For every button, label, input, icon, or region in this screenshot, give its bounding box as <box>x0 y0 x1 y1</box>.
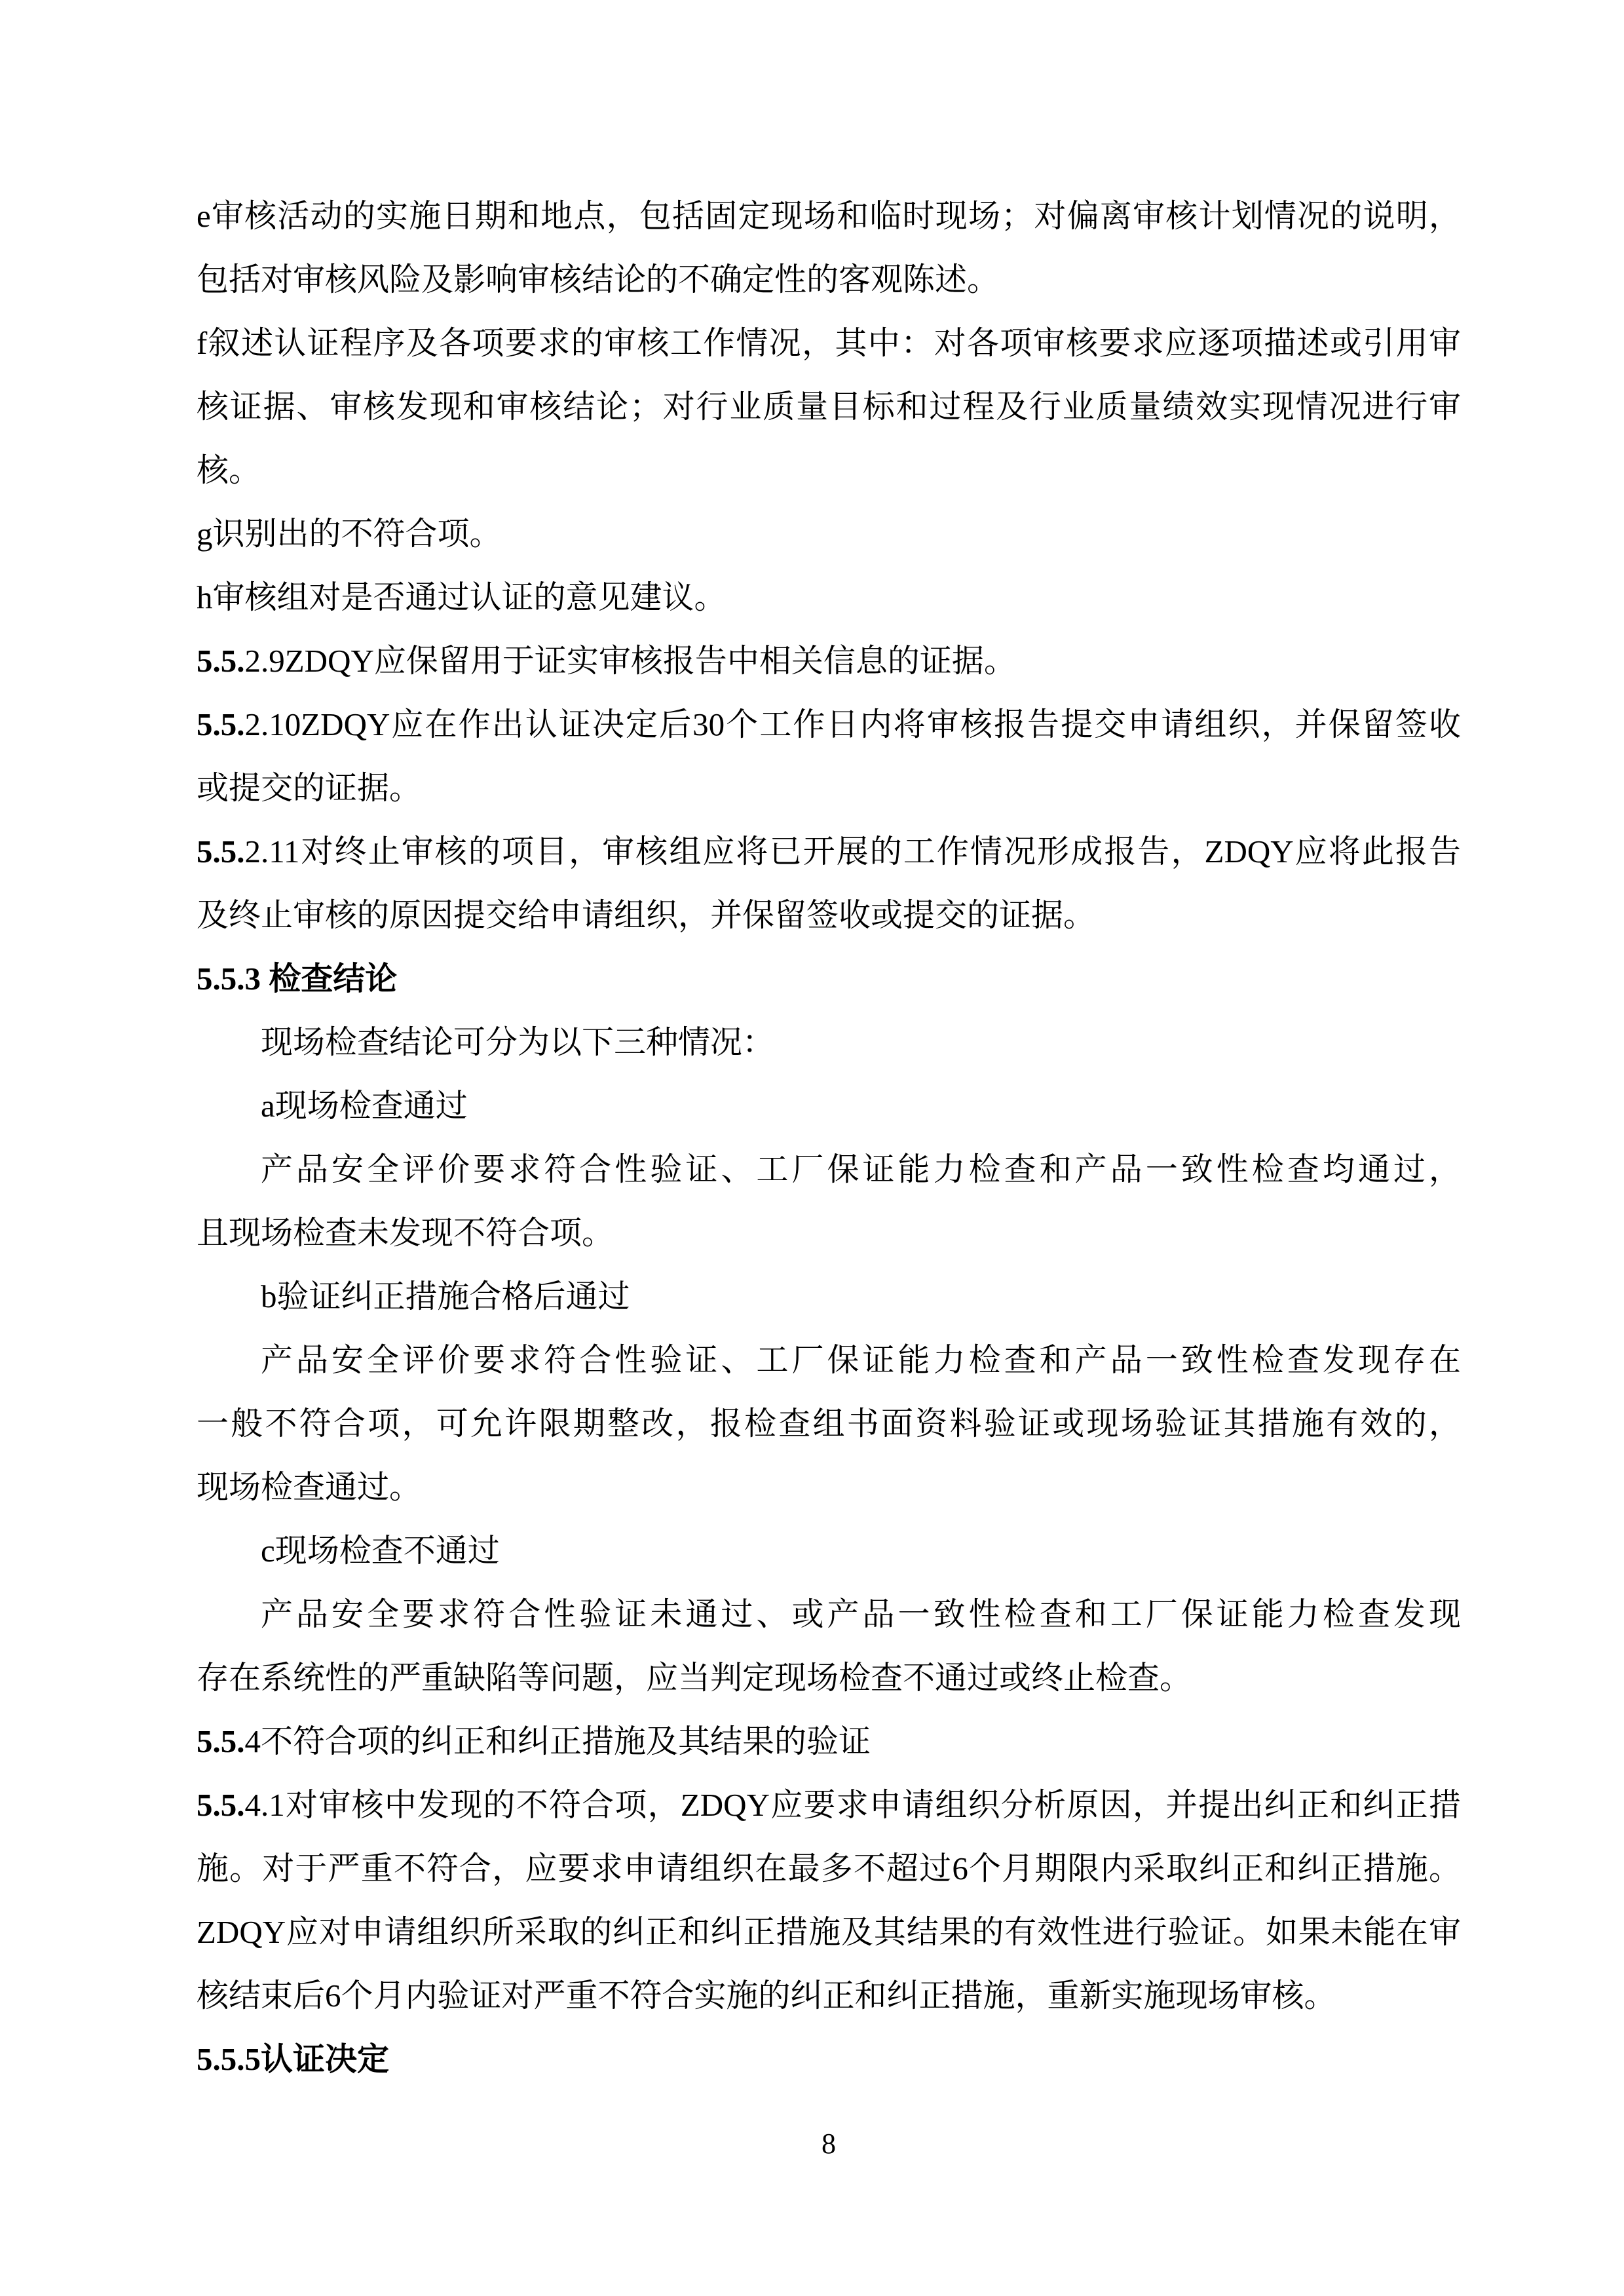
text-segment: 2.10ZDQY应在作出认证决定后30个工作日内将审核报告提交申请组织，并保留签… <box>245 706 1462 742</box>
bold-text-segment: 5.5. <box>197 833 245 870</box>
text-line: 核证据、审核发现和审核结论；对行业质量目标和过程及行业质量绩效实现情况进行审 <box>197 375 1461 438</box>
text-line: 5.5.2.10ZDQY应在作出认证决定后30个工作日内将审核报告提交申请组织，… <box>197 693 1461 756</box>
text-segment: f叙述认证程序及各项要求的审核工作情况，其中：对各项审核要求应逐项描述或引用审 <box>197 325 1461 361</box>
document-body: e审核活动的实施日期和地点，包括固定现场和临时现场；对偏离审核计划情况的说明，包… <box>197 184 1461 2091</box>
text-segment: a现场检查通过 <box>261 1088 468 1124</box>
text-segment: 施。对于严重不符合，应要求申请组织在最多不超过6个月期限内采取纠正和纠正措施。 <box>197 1850 1461 1886</box>
text-segment: 及终止审核的原因提交给申请组织，并保留签收或提交的证据。 <box>197 897 1095 933</box>
text-line: c现场检查不通过 <box>197 1519 1461 1582</box>
text-line: a现场检查通过 <box>197 1074 1461 1138</box>
text-segment: 4不符合项的纠正和纠正措施及其结果的验证 <box>245 1723 871 1759</box>
text-segment: 核结束后6个月内验证对严重不符合实施的纠正和纠正措施，重新实施现场审核。 <box>197 1978 1336 2014</box>
text-segment: 包括对审核风险及影响审核结论的不确定性的客观陈述。 <box>197 261 999 297</box>
text-segment: h审核组对是否通过认证的意见建议。 <box>197 579 727 615</box>
text-line: 一般不符合项，可允许限期整改，报检查组书面资料验证或现场验证其措施有效的， <box>197 1392 1461 1455</box>
text-segment: 2.11对终止审核的项目，审核组应将已开展的工作情况形成报告，ZDQY应将此报告 <box>245 833 1462 870</box>
bold-text-segment: 5.5.5认证决定 <box>197 2041 389 2077</box>
text-line: 且现场检查未发现不符合项。 <box>197 1201 1461 1265</box>
text-line: 产品安全评价要求符合性验证、工厂保证能力检查和产品一致性检查均通过， <box>197 1138 1461 1201</box>
text-segment: ZDQY应对申请组织所采取的纠正和纠正措施及其结果的有效性进行验证。如果未能在审 <box>197 1914 1461 1950</box>
bold-text-segment: 5.5. <box>197 1723 245 1759</box>
text-segment: 2.9ZDQY应保留用于证实审核报告中相关信息的证据。 <box>245 643 1016 679</box>
text-line: 现场检查结论可分为以下三种情况： <box>197 1010 1461 1074</box>
text-line: 或提交的证据。 <box>197 756 1461 820</box>
text-segment: 核证据、审核发现和审核结论；对行业质量目标和过程及行业质量绩效实现情况进行审 <box>197 389 1461 425</box>
text-segment: 现场检查通过。 <box>197 1469 421 1505</box>
text-line: 包括对审核风险及影响审核结论的不确定性的客观陈述。 <box>197 248 1461 311</box>
text-segment: 或提交的证据。 <box>197 770 421 806</box>
text-line: h审核组对是否通过认证的意见建议。 <box>197 565 1461 629</box>
text-segment: b验证纠正措施合格后通过 <box>261 1278 630 1314</box>
text-segment: e审核活动的实施日期和地点，包括固定现场和临时现场；对偏离审核计划情况的说明， <box>197 198 1461 234</box>
text-line: e审核活动的实施日期和地点，包括固定现场和临时现场；对偏离审核计划情况的说明， <box>197 184 1461 248</box>
text-segment: 产品安全评价要求符合性验证、工厂保证能力检查和产品一致性检查均通过， <box>261 1151 1461 1187</box>
text-line: 存在系统性的严重缺陷等问题，应当判定现场检查不通过或终止检查。 <box>197 1646 1461 1710</box>
text-segment: 4.1对审核中发现的不符合项，ZDQY应要求申请组织分析原因，并提出纠正和纠正措 <box>245 1787 1462 1823</box>
text-line: 5.5.4.1对审核中发现的不符合项，ZDQY应要求申请组织分析原因，并提出纠正… <box>197 1773 1461 1837</box>
text-line: 5.5.2.9ZDQY应保留用于证实审核报告中相关信息的证据。 <box>197 629 1461 693</box>
text-line: 及终止审核的原因提交给申请组织，并保留签收或提交的证据。 <box>197 883 1461 947</box>
text-segment: 产品安全要求符合性验证未通过、或产品一致性检查和工厂保证能力检查发现 <box>261 1596 1461 1632</box>
bold-text-segment: 5.5.3 检查结论 <box>197 961 397 997</box>
text-line: 核。 <box>197 438 1461 502</box>
text-line: 5.5.2.11对终止审核的项目，审核组应将已开展的工作情况形成报告，ZDQY应… <box>197 820 1461 883</box>
text-line: 核结束后6个月内验证对严重不符合实施的纠正和纠正措施，重新实施现场审核。 <box>197 1964 1461 2027</box>
text-segment: 核。 <box>197 452 261 488</box>
text-line: ZDQY应对申请组织所采取的纠正和纠正措施及其结果的有效性进行验证。如果未能在审 <box>197 1900 1461 1964</box>
bold-text-segment: 5.5. <box>197 1787 245 1823</box>
bold-text-segment: 5.5. <box>197 643 245 679</box>
text-line: 施。对于严重不符合，应要求申请组织在最多不超过6个月期限内采取纠正和纠正措施。 <box>197 1837 1461 1900</box>
text-segment: c现场检查不通过 <box>261 1533 500 1569</box>
text-segment: 且现场检查未发现不符合项。 <box>197 1215 614 1251</box>
text-line: 5.5.4不符合项的纠正和纠正措施及其结果的验证 <box>197 1710 1461 1773</box>
text-line: g识别出的不符合项。 <box>197 502 1461 565</box>
text-segment: 现场检查结论可分为以下三种情况： <box>261 1024 774 1060</box>
page-number: 8 <box>197 2124 1461 2164</box>
text-line: 5.5.5认证决定 <box>197 2027 1461 2091</box>
text-segment: 存在系统性的严重缺陷等问题，应当判定现场检查不通过或终止检查。 <box>197 1660 1192 1696</box>
text-line: 5.5.3 检查结论 <box>197 947 1461 1010</box>
text-line: f叙述认证程序及各项要求的审核工作情况，其中：对各项审核要求应逐项描述或引用审 <box>197 311 1461 375</box>
text-line: b验证纠正措施合格后通过 <box>197 1265 1461 1328</box>
text-segment: 一般不符合项，可允许限期整改，报检查组书面资料验证或现场验证其措施有效的， <box>197 1406 1461 1442</box>
text-line: 产品安全评价要求符合性验证、工厂保证能力检查和产品一致性检查发现存在 <box>197 1328 1461 1392</box>
bold-text-segment: 5.5. <box>197 706 245 742</box>
text-segment: 产品安全评价要求符合性验证、工厂保证能力检查和产品一致性检查发现存在 <box>261 1342 1461 1378</box>
text-segment: g识别出的不符合项。 <box>197 516 502 552</box>
text-line: 现场检查通过。 <box>197 1455 1461 1519</box>
text-line: 产品安全要求符合性验证未通过、或产品一致性检查和工厂保证能力检查发现 <box>197 1582 1461 1646</box>
